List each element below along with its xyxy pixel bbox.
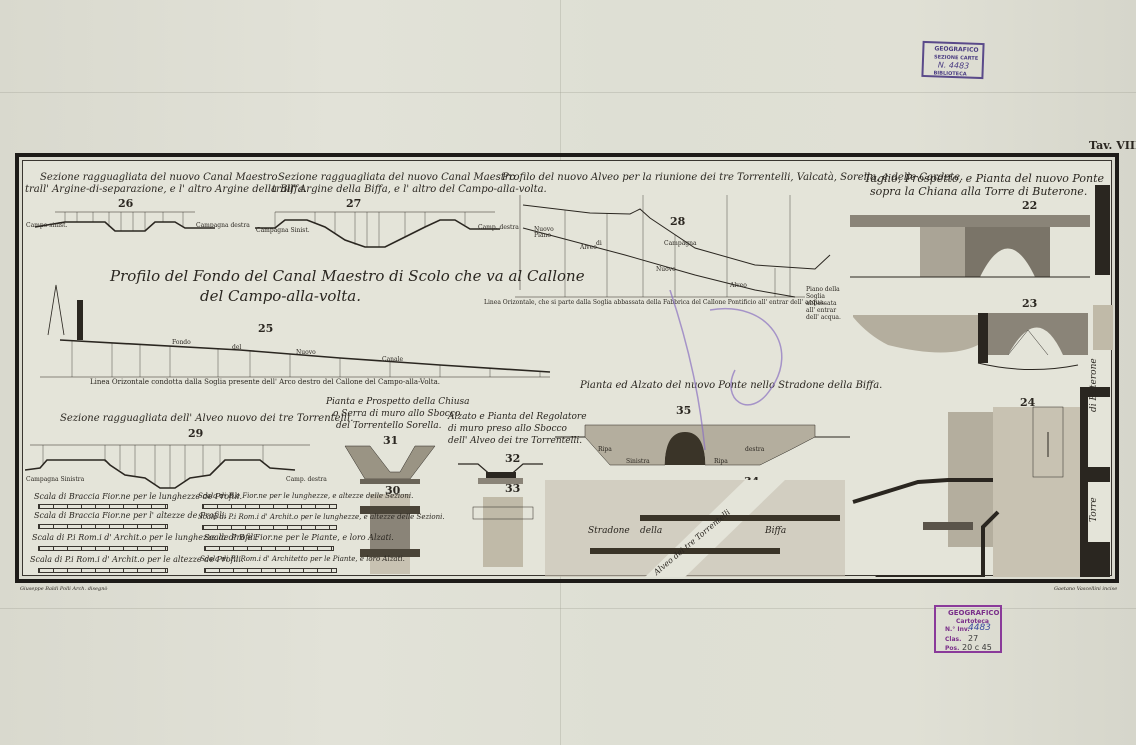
fold-line (0, 92, 1136, 93)
figure-27-title-line1: Sezione ragguagliata del nuovo Canal Mae… (278, 172, 516, 183)
plate-number: Tav. VIII (1089, 139, 1136, 152)
draftsman-credit: Giuseppe Baldi Polli Arch. disegnò (20, 586, 107, 592)
figure-26-title-line2: trall' Argine-di-separazione, e l' altro… (25, 184, 307, 195)
engraver-credit: Gaetano Vascellini incise (1054, 586, 1117, 592)
figure-33-number: 33 (505, 482, 520, 495)
figure-32-33-regulator-drawing (458, 462, 543, 572)
figure-25-baseline-caption: Linea Orizontale condotta dalla Soglia p… (90, 378, 440, 386)
library-stamp-top: GEOGRAFICO SEZIONE CARTE N. 4483 BIBLIOT… (921, 41, 984, 79)
figure-22-bridge-section (850, 180, 1112, 285)
tower-label-2: Torre (1089, 497, 1099, 522)
figure-31-title-line1: Pianta e Prospetto della Chiusa (326, 397, 470, 407)
figure-26-title-line1: Sezione ragguagliata del nuovo Canal Mae… (40, 172, 278, 183)
figure-29-title: Sezione ragguagliata dell' Alveo nuovo d… (60, 413, 353, 424)
figure-23-bridge-elevation (848, 305, 1113, 380)
library-stamp-bottom: GEOGRAFICO Cartoteca N.° Inv. 4483 Clas.… (934, 605, 1002, 653)
figure-26-cross-section (25, 205, 215, 235)
tower-label-1: di Buterone (1089, 358, 1099, 412)
figure-31-title-line2: o Serra di muro allo Sbocco (333, 409, 460, 419)
figure-31-title-line3: del Torrentello Sorella. (336, 421, 441, 431)
pencil-marks (660, 290, 810, 450)
figure-29-number: 29 (188, 427, 203, 440)
figure-27-title-line2: trall' Argine della Biffa, e l' altro de… (272, 184, 547, 195)
figure-25-profile (40, 255, 560, 380)
figure-32-title-line2: di muro preso allo Sbocco (448, 424, 567, 434)
figure-24-bridge-plan (848, 382, 1113, 577)
